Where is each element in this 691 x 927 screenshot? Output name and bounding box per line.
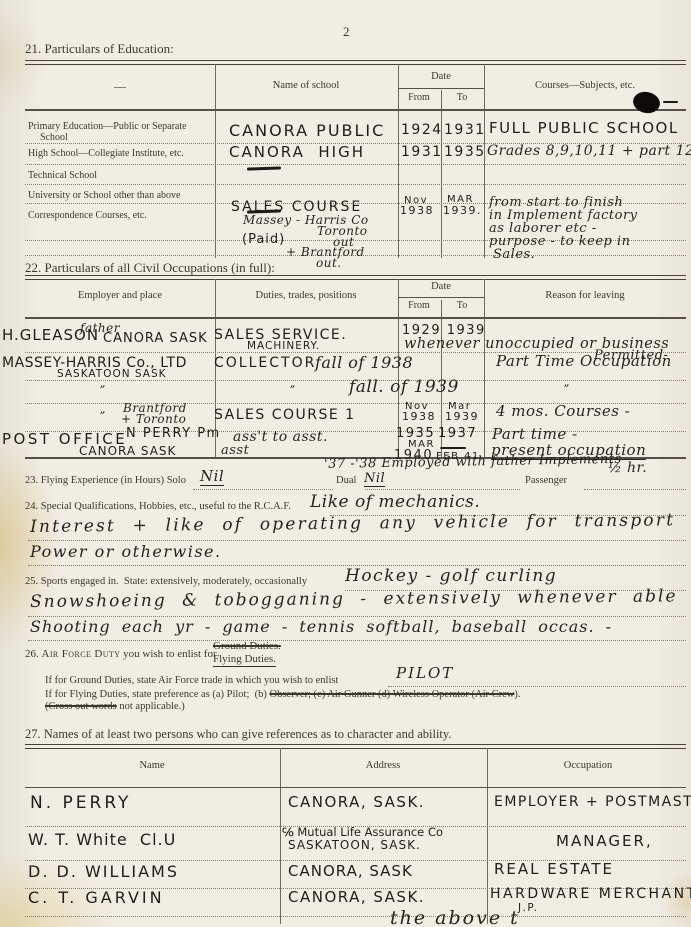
occ-r4-from-year: 1938 [402, 411, 436, 423]
ref-row-name: C. T. GARVIN [28, 890, 165, 907]
edu-label-high-school: High School—Collegiate Institute, etc. [28, 149, 184, 160]
header-rule [25, 317, 686, 319]
edu-header-name-of-school: Name of school [273, 80, 339, 91]
ink-blot [631, 89, 662, 115]
dotted-rule [193, 489, 333, 490]
duty-note-rest: not applicable.) [117, 701, 185, 712]
occ-r5-duties-2: asst [221, 444, 249, 458]
edu-header-to: To [457, 93, 467, 104]
occ-r1-duties-2: MACHINERY. [247, 341, 320, 352]
occ-r2-date: fall of 1938 [315, 355, 413, 372]
scanned-form-page: 2 21. Particulars of Education: — Name o… [0, 0, 691, 927]
occ-r3-ditto-duties: ″ [290, 385, 297, 400]
edu-high-to: 1935 [444, 145, 486, 160]
edu-header-courses: Courses—Subjects, etc. [535, 80, 635, 91]
edu-primary-from: 1924 [401, 123, 443, 138]
occ-r5-place: CANORA SASK [79, 445, 176, 458]
handwritten-dash-technical [247, 166, 281, 170]
occ-header-duties: Duties, trades, positions [256, 290, 357, 301]
flying-dual-value: Nil [364, 472, 385, 487]
ref-row-name: N. PERRY [30, 795, 131, 813]
occ-r3-ditto-employer: ″ [100, 385, 107, 400]
duty-note-line: (Cross out words not applicable.) [45, 701, 185, 712]
table-divider [441, 90, 442, 258]
ref-row-address: CANORA, SASK. [288, 890, 425, 906]
ref-row-occupation-note: J.P. [518, 903, 538, 914]
occ-r3-ditto-reason: ″ [564, 384, 571, 399]
occ-r4-duties: SALES COURSE 1 [214, 408, 356, 423]
ref-header-address: Address [366, 760, 400, 771]
occ-r4-reason: 4 mos. Courses - [496, 404, 630, 420]
edu-corr-courses-5: Sales. [493, 248, 535, 262]
duty-flying-option: Flying Duties. [213, 654, 276, 667]
duty-ground-line: If for Ground Duties, state Air Force tr… [45, 675, 338, 686]
ref-row-occupation: REAL ESTATE [494, 862, 614, 878]
flying-dual-label: Dual [336, 475, 356, 486]
duty-pref-line: If for Flying Duties, state preference a… [45, 689, 521, 700]
edu-corr-entry-6: out. [316, 257, 342, 270]
qualifications-label: 24. Special Qualifications, Hobbies, etc… [25, 501, 291, 512]
double-rule [25, 60, 686, 65]
dotted-rule [388, 686, 686, 687]
edu-primary-courses: FULL PUBLIC SCHOOL [489, 121, 679, 137]
edu-header-from: From [408, 93, 430, 104]
handwritten-dash [440, 447, 466, 449]
section-27-heading: 27. Names of at least two persons who ca… [25, 728, 451, 741]
ink-dash [663, 101, 678, 103]
duty-pref-start: If for Flying Duties, state preference a… [45, 689, 270, 700]
bottom-handwriting-fragment: the above t [390, 909, 520, 927]
edu-primary-school-entry: CANORA PUBLIC [229, 123, 385, 140]
double-rule [25, 275, 686, 280]
flying-solo-value: Nil [200, 469, 224, 486]
duty-ground-answer: PILOT [396, 666, 454, 682]
table-divider [215, 64, 216, 258]
ref-row-address: CANORA, SASK [288, 864, 413, 880]
edu-corr-to-year: 1939. [443, 205, 482, 217]
ref-row-occupation: HARDWARE MERCHANT [490, 887, 691, 902]
edu-label-primary-2: School [40, 133, 68, 144]
dotted-rule [584, 489, 686, 490]
edu-high-courses: Grades 8,9,10,11 + part 12- [487, 144, 691, 159]
edu-high-school-entry: CANORA HIGH [229, 145, 365, 161]
ref-header-occupation: Occupation [564, 760, 612, 771]
dotted-rule [28, 540, 686, 541]
header-rule [25, 109, 686, 111]
ref-row-occupation: MANAGER, [556, 834, 653, 850]
double-rule [25, 744, 686, 749]
occ-header-from: From [408, 301, 430, 312]
occ-header-date: Date [431, 281, 451, 292]
edu-header-date: Date [431, 71, 451, 82]
ref-row-occupation: EMPLOYER + POSTMASTER [494, 795, 691, 810]
qualifications-answer-2: Interest + like of operating any vehicle… [30, 512, 675, 537]
ref-row-address: CANORA, SASK. [288, 795, 425, 811]
duty-note-struck: (Cross out words [45, 701, 117, 712]
edu-label-university: University or School other than above [28, 191, 180, 202]
page-number: 2 [343, 25, 350, 39]
sports-answer-1: Hockey - golf curling [345, 568, 557, 586]
section-22-heading: 22. Particulars of all Civil Occupations… [25, 261, 275, 275]
occ-header-reason: Reason for leaving [545, 290, 624, 301]
flying-label: 23. Flying Experience (in Hours) Solo [25, 475, 186, 486]
table-divider [398, 64, 399, 258]
duty-line: 26. Air Force Duty you wish to enlist fo… [25, 649, 217, 661]
occ-r5-to-1: 1937 [438, 427, 477, 441]
date-underline [398, 297, 484, 298]
occ-r5-note: N PERRY Pm [126, 427, 221, 441]
qualifications-answer-1: Like of mechanics. [310, 494, 480, 512]
dotted-rule [365, 489, 520, 490]
header-rule [25, 787, 686, 788]
edu-header-dash: — [114, 80, 126, 93]
duty-rest: you wish to enlist for [123, 648, 217, 660]
qualifications-answer-3: Power or otherwise. [30, 544, 222, 561]
date-underline [398, 88, 484, 89]
table-divider [484, 64, 485, 258]
occ-r3-date: fall. of 1939 [349, 379, 459, 397]
edu-label-correspondence: Correspondence Courses, etc. [28, 211, 147, 222]
occ-r2-reason: Part Time Occupation [496, 354, 672, 370]
dotted-rule [25, 184, 686, 185]
ref-row-name: D. D. WILLIAMS [28, 864, 179, 881]
section-21-heading: 21. Particulars of Education: [25, 42, 174, 56]
edu-corr-from-year: 1938 [400, 205, 434, 217]
flying-passenger-label: Passenger [525, 475, 567, 486]
duty-pref-end: ). [514, 689, 520, 700]
ref-row-address-line2: SASKATOON, SASK. [288, 839, 421, 852]
dotted-rule [25, 164, 686, 165]
duty-number: 26. [25, 648, 39, 660]
edu-primary-to: 1931 [444, 123, 486, 138]
dotted-rule [25, 916, 686, 917]
edu-label-primary: Primary Education—Public or Separate [28, 122, 187, 133]
occ-r4-ditto: ″ [100, 411, 107, 426]
sports-answer-3: Shooting each yr - game - tennis softbal… [30, 619, 612, 636]
flying-note: '37 -'38 Employed with father Implements [324, 453, 622, 472]
occ-header-employer: Employer and place [78, 290, 162, 301]
table-divider [487, 748, 488, 924]
ref-header-name: Name [139, 760, 164, 771]
edu-corr-paid: (Paid) [242, 233, 285, 247]
sports-label: 25. Sports engaged in. State: extensivel… [25, 576, 307, 587]
sports-answer-2: Snowshoeing & tobogganing - extensively … [30, 588, 691, 612]
edu-label-technical: Technical School [28, 171, 97, 182]
occ-r4-to-year: 1939 [445, 411, 479, 423]
flying-note-hours: ½ hr. [608, 461, 647, 476]
ref-row-address-line1: ℅ Mutual Life Assurance Co [282, 826, 443, 838]
table-divider [280, 748, 281, 924]
occ-r2-place: SASKATOON SASK [57, 369, 167, 380]
occ-r4-place-2: + Toronto [121, 413, 186, 426]
occ-header-to: To [457, 301, 467, 312]
dotted-rule [28, 640, 686, 641]
duty-pref-struck: Observer; (c) Air Gunner (d) Wireless Op… [270, 689, 515, 700]
duty-smallcaps: Air Force Duty [42, 648, 121, 660]
ref-row-name: W. T. White Cl.U [28, 832, 176, 849]
duty-ground-option: Ground Duties. [213, 641, 281, 653]
occ-r1-place: CANORA SASK [103, 332, 208, 346]
edu-high-from: 1931 [401, 145, 443, 160]
occ-r2-duties: COLLECTOR [214, 356, 316, 371]
